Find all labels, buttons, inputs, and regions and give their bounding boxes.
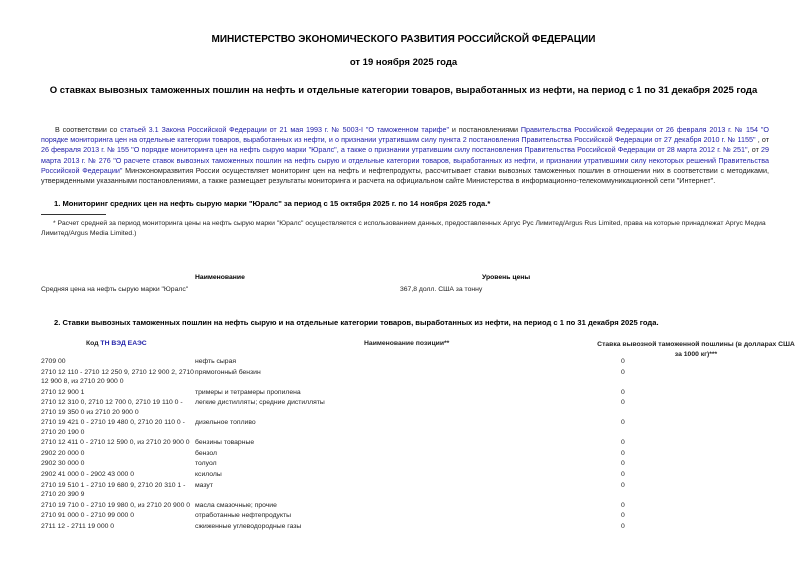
table-row: 2710 12 411 0 - 2710 12 590 0, из 2710 2… (41, 438, 761, 449)
row-name: бензины товарные (195, 438, 621, 447)
row-rate: 0 (621, 368, 681, 387)
row-name: легкие дистилляты; средние дистилляты (195, 398, 621, 417)
row-code: 2711 12 - 2711 19 000 0 (41, 522, 195, 531)
row-name: тримеры и тетрамеры пропилена (195, 388, 621, 397)
row-rate: 0 (621, 388, 681, 397)
table-row: 2711 12 - 2711 19 000 0сжиженные углевод… (41, 522, 761, 533)
intro-paragraph: В соответствии со статьей 3.1 Закона Рос… (41, 125, 769, 186)
row-name: нефть сырая (195, 357, 621, 366)
table-row: 2710 19 421 0 - 2710 19 480 0, 2710 20 1… (41, 418, 761, 438)
row-name: отработанные нефтепродукты (195, 511, 621, 520)
row-rate: 0 (621, 449, 681, 458)
col-header-code: Код ТН ВЭД ЕАЭС (86, 340, 147, 347)
row-rate: 0 (621, 511, 681, 520)
intro-text-1: В соответствии со (55, 125, 120, 134)
section1-heading: 1. Мониторинг средних цен на нефть сырую… (54, 199, 490, 208)
row-code: 2710 12 900 1 (41, 388, 195, 397)
row-rate: 0 (621, 481, 681, 500)
row-rate: 0 (621, 501, 681, 510)
document-title: О ставках вывозных таможенных пошлин на … (0, 85, 807, 96)
row-name: ксилолы (195, 470, 621, 479)
row-name: толуол (195, 459, 621, 468)
row-code: 2902 30 000 0 (41, 459, 195, 468)
row-rate: 0 (621, 398, 681, 417)
price-table-header-price: Уровень цены (482, 274, 530, 281)
table-row: 2709 00нефть сырая0 (41, 357, 761, 368)
intro-text-5: Минэкономразвития России осуществляет мо… (41, 166, 769, 185)
table-row: 2902 20 000 0бензол0 (41, 449, 761, 460)
row-name: сжиженные углеводородные газы (195, 522, 621, 531)
row-code: 2710 19 510 1 - 2710 19 680 9, 2710 20 3… (41, 481, 195, 500)
table-row: 2710 19 710 0 - 2710 19 980 0, из 2710 2… (41, 501, 761, 512)
intro-text-4: , от (748, 145, 761, 154)
document-date: от 19 ноября 2025 года (0, 57, 807, 68)
row-code: 2710 19 421 0 - 2710 19 480 0, 2710 20 1… (41, 418, 195, 437)
table-row: 2710 19 510 1 - 2710 19 680 9, 2710 20 3… (41, 481, 761, 501)
row-name: прямогонный бензин (195, 368, 621, 387)
price-row-value: 367,8 долл. США за тонну (400, 286, 482, 293)
footnote: * Расчет средней за период мониторинга ц… (41, 219, 769, 239)
footnote-divider (41, 214, 106, 215)
row-name: бензол (195, 449, 621, 458)
row-code: 2710 12 310 0, 2710 12 700 0, 2710 19 11… (41, 398, 195, 417)
table-row: 2710 12 900 1тримеры и тетрамеры пропиле… (41, 388, 761, 399)
table-row: 2710 12 310 0, 2710 12 700 0, 2710 19 11… (41, 398, 761, 418)
row-name: масла смазочные; прочие (195, 501, 621, 510)
row-code: 2709 00 (41, 357, 195, 366)
duty-table-body: 2709 00нефть сырая02710 12 110 - 2710 12… (41, 357, 761, 532)
row-rate: 0 (621, 459, 681, 468)
price-row-name: Средняя цена на нефть сырую марки "Юралс… (41, 286, 188, 293)
table-row: 2710 91 000 0 - 2710 99 000 0отработанны… (41, 511, 761, 522)
intro-text-2: и постановлениями (449, 125, 521, 134)
row-rate: 0 (621, 470, 681, 479)
table-row: 2710 12 110 - 2710 12 250 9, 2710 12 900… (41, 368, 761, 388)
row-code: 2902 41 000 0 - 2902 43 000 0 (41, 470, 195, 479)
row-rate: 0 (621, 418, 681, 437)
section2-heading: 2. Ставки вывозных таможенных пошлин на … (54, 318, 659, 327)
row-rate: 0 (621, 438, 681, 447)
row-code: 2902 20 000 0 (41, 449, 195, 458)
intro-text-3: , от (756, 135, 769, 144)
document-page: МИНИСТЕРСТВО ЭКОНОМИЧЕСКОГО РАЗВИТИЯ РОС… (0, 0, 807, 571)
row-code: 2710 12 110 - 2710 12 250 9, 2710 12 900… (41, 368, 195, 387)
row-name: мазут (195, 481, 621, 500)
row-rate: 0 (621, 357, 681, 366)
resolution-155-link[interactable]: 26 февраля 2013 г. № 155 "О порядке мони… (41, 145, 748, 154)
table-row: 2902 41 000 0 - 2902 43 000 0ксилолы0 (41, 470, 761, 481)
price-table-header-name: Наименование (195, 274, 245, 281)
row-code: 2710 19 710 0 - 2710 19 980 0, из 2710 2… (41, 501, 195, 510)
tn-ved-link[interactable]: ТН ВЭД ЕАЭС (100, 340, 146, 347)
ministry-name: МИНИСТЕРСТВО ЭКОНОМИЧЕСКОГО РАЗВИТИЯ РОС… (0, 34, 807, 45)
row-code: 2710 91 000 0 - 2710 99 000 0 (41, 511, 195, 520)
row-name: дизельное топливо (195, 418, 621, 437)
row-rate: 0 (621, 522, 681, 531)
col-header-name: Наименование позиции** (364, 340, 449, 347)
col-header-code-label: Код (86, 340, 100, 347)
row-code: 2710 12 411 0 - 2710 12 590 0, из 2710 2… (41, 438, 195, 447)
law-link[interactable]: статьей 3.1 Закона Российской Федерации … (120, 125, 449, 134)
table-row: 2902 30 000 0толуол0 (41, 459, 761, 470)
